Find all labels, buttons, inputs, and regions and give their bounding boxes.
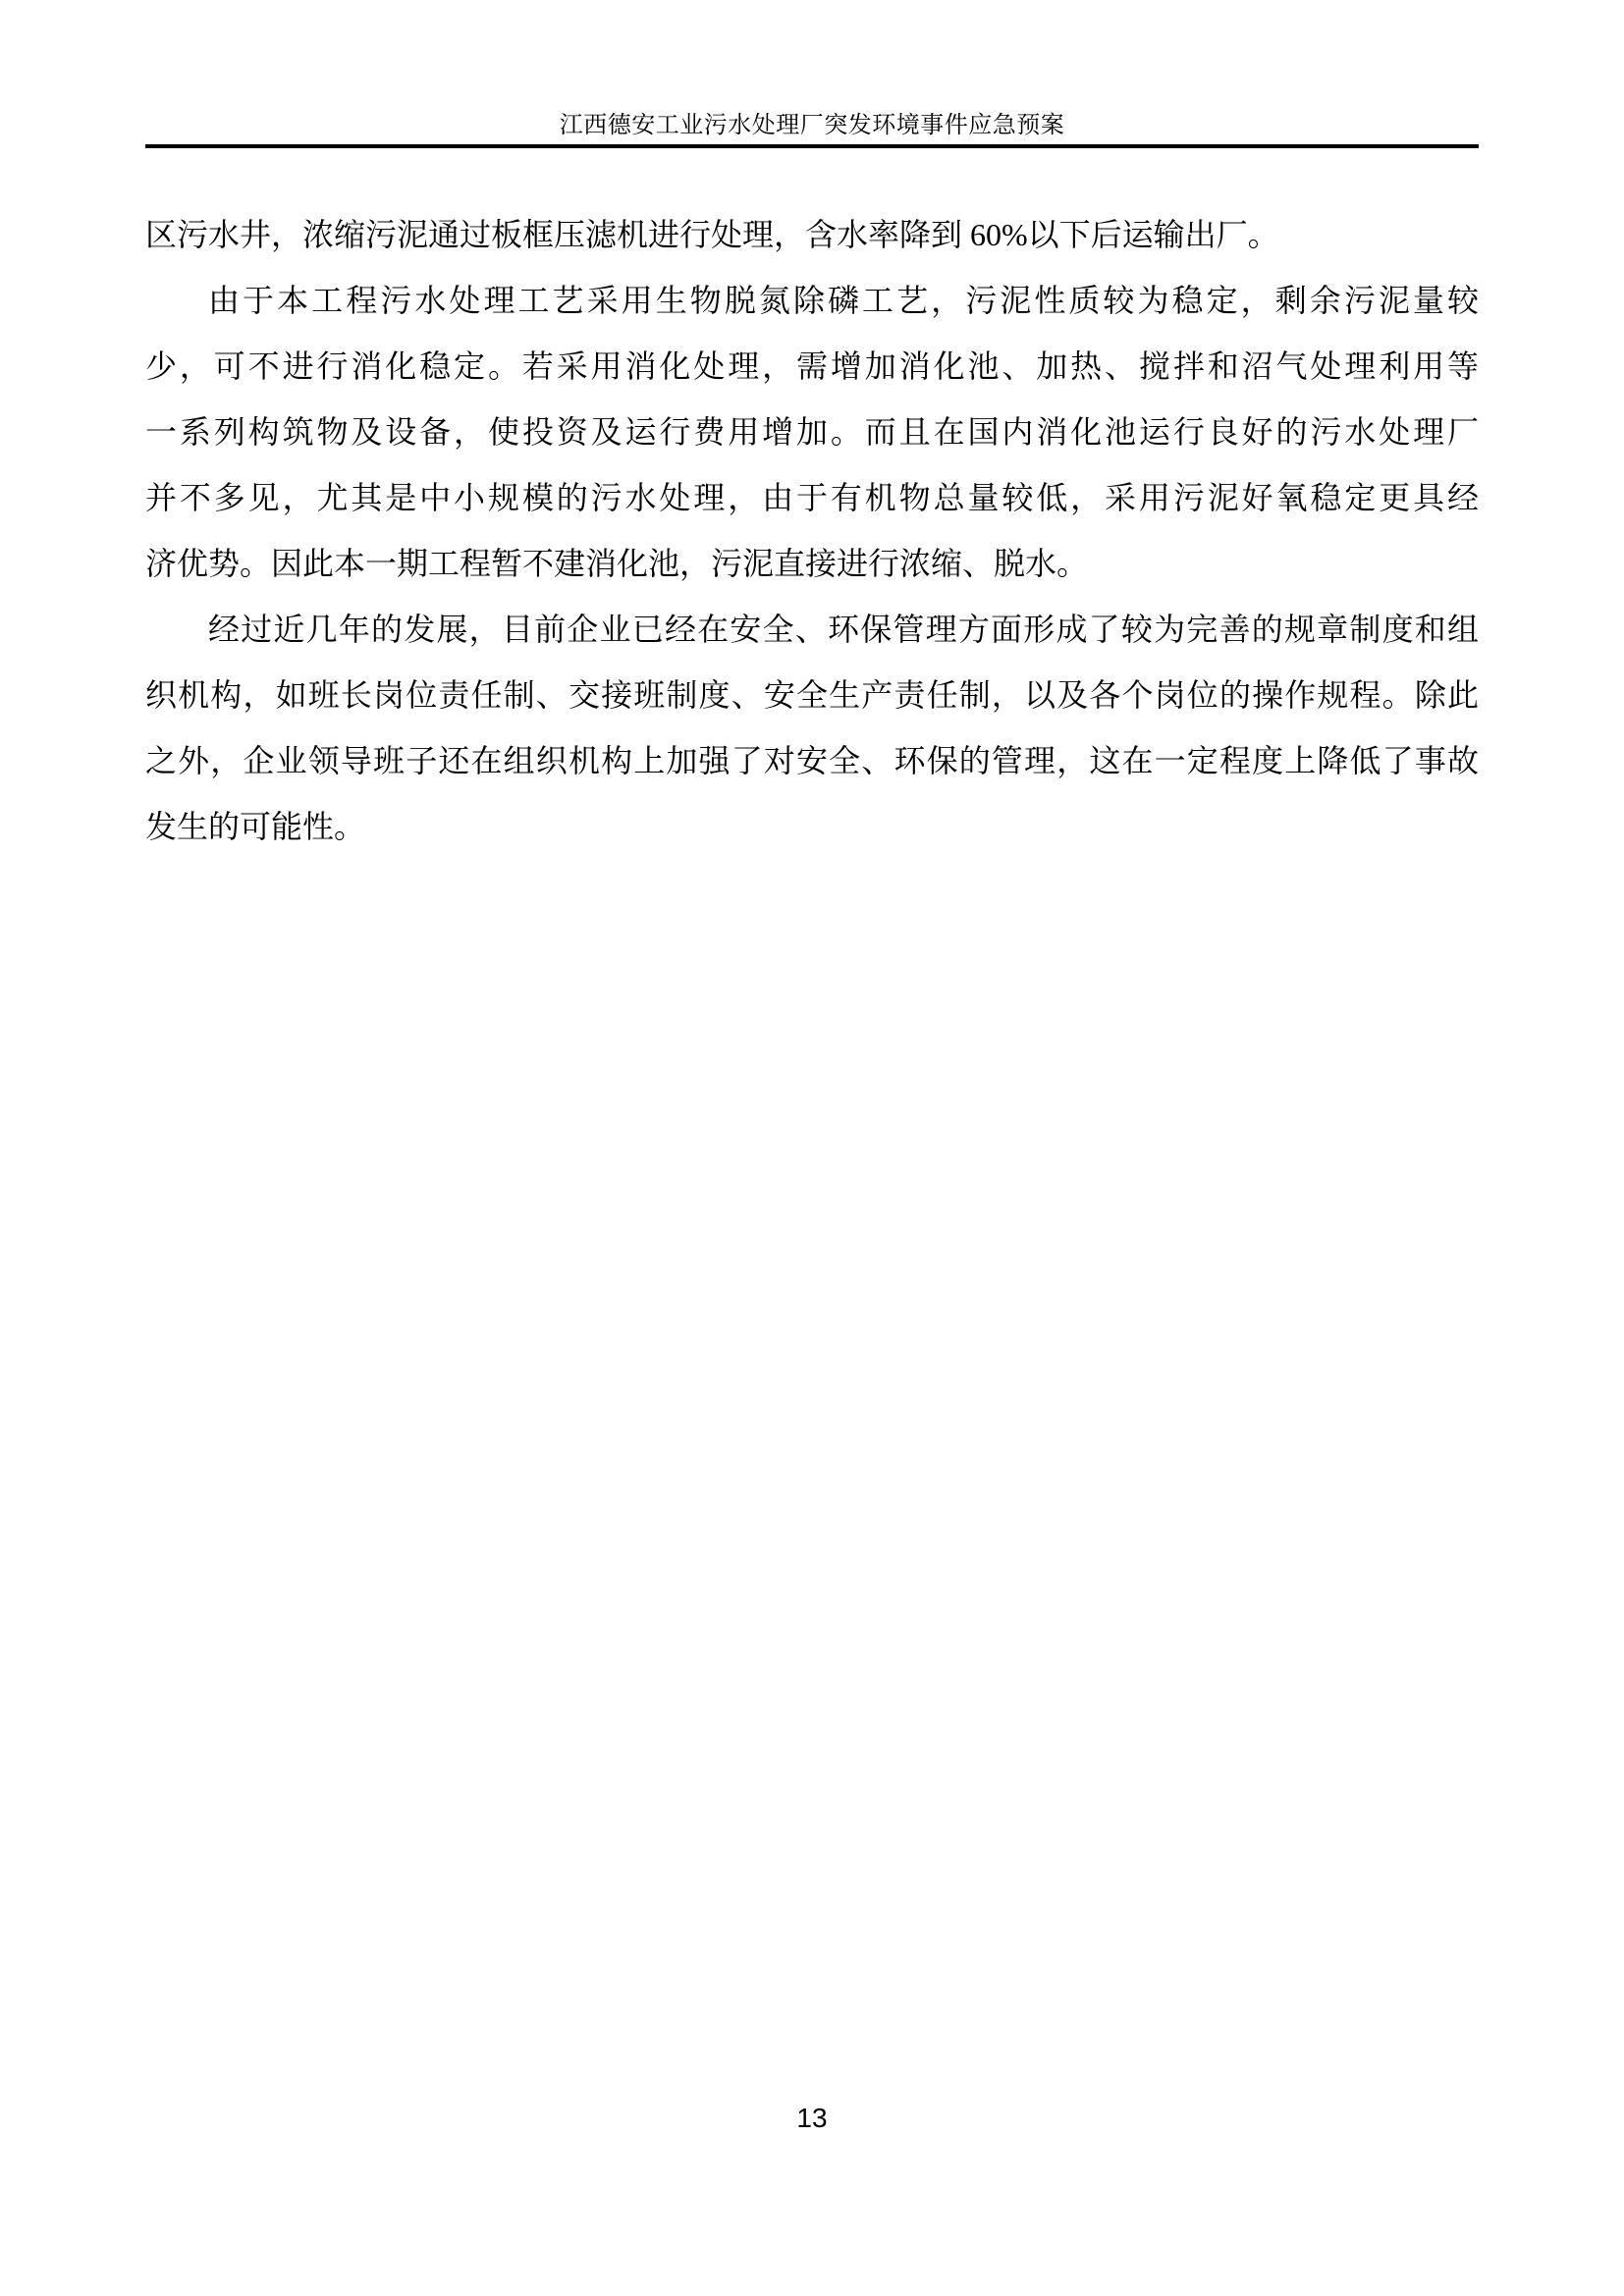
document-body: 区污水井，浓缩污泥通过板框压滤机进行处理，含水率降到 60%以下后运输出厂。 由… — [145, 202, 1479, 860]
paragraph: 由于本工程污水处理工艺采用生物脱氮除磷工艺，污泥性质较为稳定，剩余污泥量较 少，… — [145, 268, 1479, 597]
text-line: 织机构，如班长岗位责任制、交接班制度、安全生产责任制，以及各个岗位的操作规程。除… — [145, 663, 1479, 728]
text-line: 少，可不进行消化稳定。若采用消化处理，需增加消化池、加热、搅拌和沼气处理利用等 — [145, 334, 1479, 400]
text-line: 济优势。因此本一期工程暂不建消化池，污泥直接进行浓缩、脱水。 — [145, 531, 1479, 597]
header-rule — [145, 144, 1479, 148]
header-title: 江西德安工业污水处理厂突发环境事件应急预案 — [145, 110, 1479, 141]
text-line: 发生的可能性。 — [145, 794, 1479, 860]
text-line: 经过近几年的发展，目前企业已经在安全、环保管理方面形成了较为完善的规章制度和组 — [145, 597, 1479, 663]
text-line: 并不多见，尤其是中小规模的污水处理，由于有机物总量较低，采用污泥好氧稳定更具经 — [145, 465, 1479, 531]
document-page: 江西德安工业污水处理厂突发环境事件应急预案 区污水井，浓缩污泥通过板框压滤机进行… — [0, 0, 1624, 2296]
text-line: 区污水井，浓缩污泥通过板框压滤机进行处理，含水率降到 60%以下后运输出厂。 — [145, 202, 1479, 268]
paragraph: 区污水井，浓缩污泥通过板框压滤机进行处理，含水率降到 60%以下后运输出厂。 — [145, 202, 1479, 268]
page-number: 13 — [145, 2103, 1479, 2134]
paragraph: 经过近几年的发展，目前企业已经在安全、环保管理方面形成了较为完善的规章制度和组 … — [145, 597, 1479, 860]
text-line: 一系列构筑物及设备，使投资及运行费用增加。而且在国内消化池运行良好的污水处理厂 — [145, 400, 1479, 465]
text-line: 之外，企业领导班子还在组织机构上加强了对安全、环保的管理，这在一定程度上降低了事… — [145, 728, 1479, 794]
text-line: 由于本工程污水处理工艺采用生物脱氮除磷工艺，污泥性质较为稳定，剩余污泥量较 — [145, 268, 1479, 334]
